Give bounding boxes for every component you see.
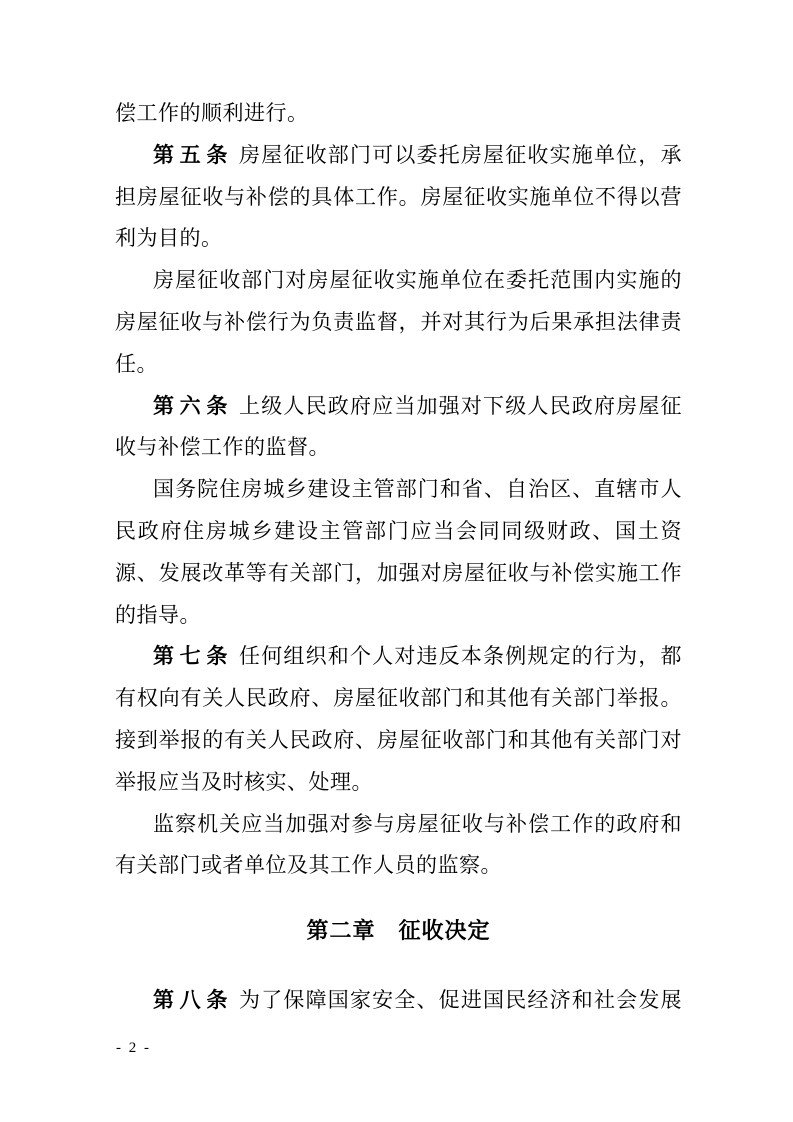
paragraph: 偿工作的顺利进行。 xyxy=(115,93,682,135)
paragraph-article-6: 第六条上级人民政府应当加强对下级人民政府房屋征收与补偿工作的监督。 xyxy=(115,386,682,470)
page-number: - 2 - xyxy=(116,1038,151,1058)
paragraph: 房屋征收部门对房屋征收实施单位在委托范围内实施的房屋征收与补偿行为负责监督，并对… xyxy=(115,260,682,385)
chapter-heading-text: 第二章 征收决定 xyxy=(306,918,490,943)
article-label: 第六条 xyxy=(153,395,233,418)
page-text-block: 偿工作的顺利进行。 第五条房屋征收部门可以委托房屋征收实施单位，承担房屋征收与补… xyxy=(115,93,682,1022)
paragraph-article-5: 第五条房屋征收部门可以委托房屋征收实施单位，承担房屋征收与补偿的具体工作。房屋征… xyxy=(115,135,682,260)
article-label: 第七条 xyxy=(153,645,233,668)
paragraph-article-8: 第八条为了保障国家安全、促进国民经济和社会发展 xyxy=(115,980,682,1022)
chapter-heading: 第二章 征收决定 xyxy=(115,910,682,952)
paragraph-text: 偿工作的顺利进行。 xyxy=(115,101,309,125)
article-label: 第八条 xyxy=(153,989,233,1012)
paragraph-text: 为了保障国家安全、促进国民经济和社会发展 xyxy=(239,988,682,1012)
paragraph: 国务院住房城乡建设主管部门和省、自治区、直辖市人民政府住房城乡建设主管部门应当会… xyxy=(115,469,682,636)
paragraph-text: 监察机关应当加强对参与房屋征收与补偿工作的政府和有关部门或者单位及其工作人员的监… xyxy=(115,812,682,878)
paragraph-text: 房屋征收部门对房屋征收实施单位在委托范围内实施的房屋征收与补偿行为负责监督，并对… xyxy=(115,268,682,376)
paragraph-article-7: 第七条任何组织和个人对违反本条例规定的行为，都有权向有关人民政府、房屋征收部门和… xyxy=(115,636,682,803)
article-label: 第五条 xyxy=(153,144,233,167)
paragraph-text: 国务院住房城乡建设主管部门和省、自治区、直辖市人民政府住房城乡建设主管部门应当会… xyxy=(115,477,682,626)
document-page: 偿工作的顺利进行。 第五条房屋征收部门可以委托房屋征收实施单位，承担房屋征收与补… xyxy=(0,0,793,1122)
paragraph: 监察机关应当加强对参与房屋征收与补偿工作的政府和有关部门或者单位及其工作人员的监… xyxy=(115,804,682,888)
